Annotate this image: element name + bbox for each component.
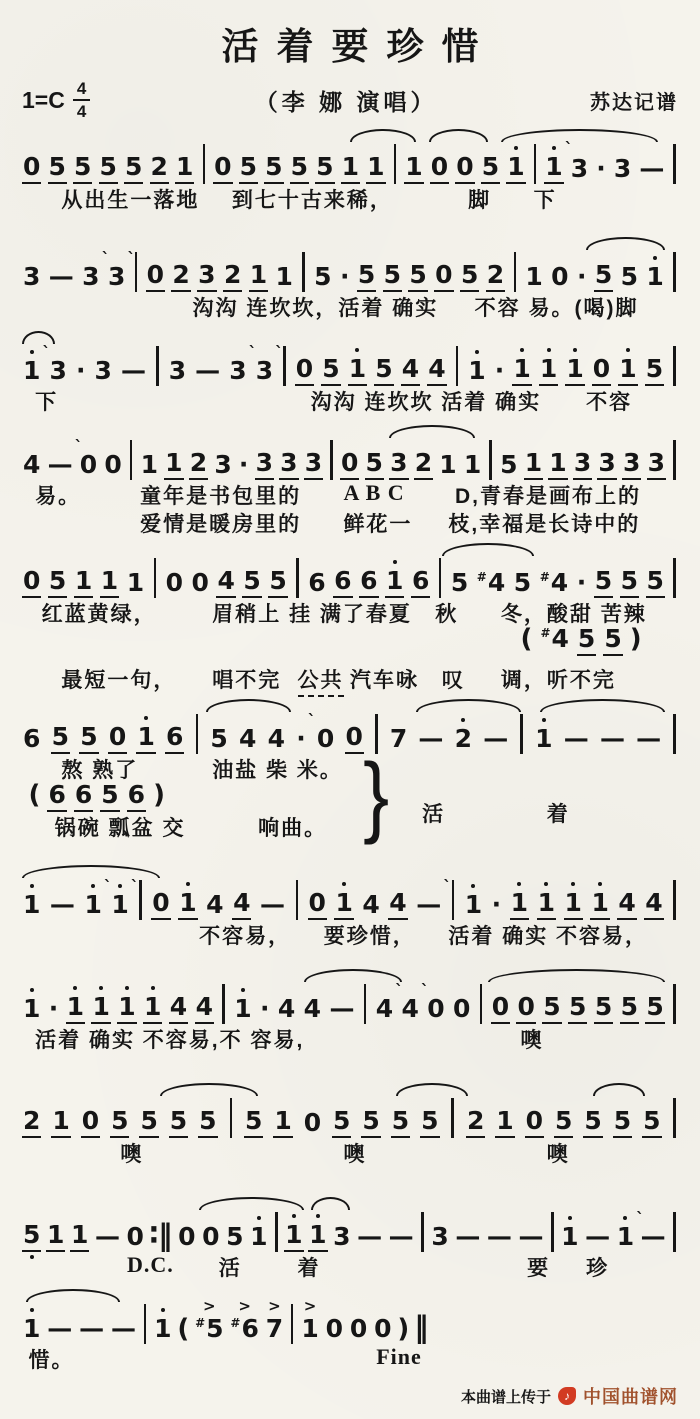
note-token: 4ˋ	[375, 996, 394, 1024]
note-token: 5	[620, 264, 639, 292]
lyric-segment: A B C	[343, 480, 404, 506]
note-token: 5	[645, 356, 664, 386]
lyric-segment: 公共	[298, 664, 344, 697]
breath-tick: ˋ	[308, 713, 316, 729]
note-token: —	[94, 1224, 121, 1252]
note-token: 5	[313, 264, 332, 292]
lyric-segment: 爱情是暖房里的	[140, 508, 301, 538]
barline	[480, 984, 483, 1024]
note-token: 0	[373, 1316, 392, 1344]
barline	[154, 558, 157, 598]
note-token: ·	[48, 996, 60, 1024]
barline	[330, 440, 333, 480]
note-token: 1	[510, 890, 529, 920]
note-token: 1ˋ	[616, 1224, 635, 1252]
note-token: 4	[238, 726, 257, 754]
note-token: 1	[175, 154, 194, 184]
note-token: 4	[267, 726, 286, 754]
slur-arc	[488, 969, 665, 982]
note-token: 1	[534, 726, 553, 754]
note-token: 3	[94, 358, 113, 386]
lyric-line: 易。童年是书包里的A B CD,青春是画布上的	[22, 480, 678, 508]
note-token: 0	[345, 724, 364, 754]
note-token: —	[517, 1224, 544, 1252]
note-token: 4	[617, 890, 636, 920]
music-system: 655016544·ˋ007—2—1———熬 熟了油盐 柴 米。(6656)锅碗…	[22, 698, 678, 840]
note-token: 6	[74, 782, 93, 812]
slur-arc	[416, 699, 521, 712]
note-token: 0	[81, 1108, 100, 1138]
slur-arc	[540, 699, 665, 712]
barline	[296, 558, 299, 598]
lyric-segment: 熬 熟了	[61, 754, 138, 784]
barline	[203, 144, 206, 184]
note-token: —	[110, 1316, 137, 1344]
note-token: 5	[169, 1108, 188, 1138]
note-token: 0	[452, 996, 471, 1024]
note-token: 1	[22, 996, 41, 1024]
note-token: —	[635, 726, 662, 754]
lyric-line: 熬 熟了油盐 柴 米。	[22, 754, 678, 782]
barline	[673, 984, 676, 1024]
note-token: 3	[570, 156, 589, 184]
slur-arc	[442, 543, 534, 556]
music-system: 511—0∶‖0051113——3———1—1ˋ—D.C.活着要珍	[22, 1196, 678, 1280]
note-token: 1	[404, 154, 423, 184]
note-token: 5	[124, 154, 143, 184]
music-line: 655016544·ˋ007—2—1———	[22, 698, 678, 754]
note-token: 6	[359, 568, 378, 598]
note-token: ·	[494, 358, 506, 386]
note-token: 3	[332, 1224, 351, 1252]
barline	[156, 346, 159, 386]
note-token: 3ˋ	[81, 264, 100, 292]
music-line: 210555551055552105555	[22, 1082, 678, 1138]
slur-arc	[206, 699, 291, 712]
barline	[230, 1098, 233, 1138]
sharp-sign: #	[540, 626, 550, 640]
music-system: 1·1111441·44—4ˋ4ˋ000055555活着 确实 不容易,不 容易…	[22, 968, 678, 1052]
note-token: 4	[388, 890, 407, 920]
note-token: —	[46, 1316, 73, 1344]
note-token: 1	[385, 568, 404, 598]
note-token: 6	[307, 570, 326, 598]
lyric-segment: 下	[35, 386, 58, 416]
note-token: 5	[499, 452, 518, 480]
note-token: 0	[592, 356, 611, 386]
note-token: 0	[308, 890, 327, 920]
lyric-segment: 不容易，	[199, 920, 291, 950]
barline	[514, 252, 517, 292]
note-token: #4	[476, 570, 506, 598]
music-system: 1—1ˋ1ˋ0144—0144—ˋ1·111144不容易，要珍惜，活着 确实 不…	[22, 864, 678, 948]
note-token: 1	[590, 890, 609, 920]
song-title: 活着要珍惜	[22, 16, 678, 70]
note-token: 3	[279, 450, 298, 480]
note-token: 1	[467, 358, 486, 386]
note-token: 5	[577, 626, 596, 656]
note-token: 5	[244, 1108, 263, 1138]
note-token: 0	[165, 570, 184, 598]
note-token: 3ˋ	[107, 264, 126, 292]
sharp-sign: #	[195, 1316, 205, 1330]
note-token: 0	[426, 996, 445, 1024]
barline	[296, 880, 299, 920]
note-token: 0	[316, 726, 335, 754]
note-token: 5	[290, 154, 309, 184]
barline	[196, 714, 199, 754]
parenthesis: (	[521, 626, 533, 656]
note-token: 5	[22, 1222, 41, 1252]
note-token: 4	[644, 890, 663, 920]
note-token: 5	[594, 994, 613, 1024]
note-token: 1	[565, 356, 584, 386]
barline	[673, 558, 676, 598]
note-token: 3	[197, 262, 216, 292]
note-token: 0	[22, 568, 41, 598]
note-token: 5	[481, 154, 500, 184]
note-token: 2	[454, 726, 473, 754]
time-signature-denominator: 4	[77, 101, 86, 120]
note-token: 5	[374, 356, 393, 386]
note-token: 0	[434, 262, 453, 292]
note-token: 1	[308, 1222, 327, 1252]
note-token: 3	[573, 450, 592, 480]
note-token: 3	[613, 156, 632, 184]
barline	[275, 1212, 278, 1252]
parenthesis: )	[630, 626, 642, 656]
lyric-segment: 鲜花一	[343, 508, 412, 538]
note-token: 5	[554, 1108, 573, 1138]
lyric-line: 沟沟 连坎坎，活着 确实不容 易。(喝)脚	[22, 292, 678, 320]
note-token: 3	[597, 450, 616, 480]
note-token: 5	[450, 570, 469, 598]
note-token: 1	[126, 570, 145, 598]
note-token: 7	[389, 726, 408, 754]
barline	[130, 440, 133, 480]
barline	[222, 984, 225, 1024]
note-token: 5	[603, 626, 622, 656]
music-system: 最短一句，唱不完公共汽车咏叹调，听不完	[22, 664, 678, 692]
note-token: 3	[213, 452, 232, 480]
key-label: 1=C	[22, 87, 65, 114]
note-token: 1	[51, 1108, 70, 1138]
note-token: 3	[647, 450, 666, 480]
note-token: 4	[232, 890, 251, 920]
note-token: ·	[576, 264, 588, 292]
lyric-line: 下沟沟 连坎坎 活着 确实不容	[22, 386, 678, 414]
music-line: 1ˋ3·3—3—3ˋ3ˋ0515441·111015	[22, 330, 678, 386]
note-token: 1	[117, 994, 136, 1024]
note-token: 0	[22, 154, 41, 184]
footer: 本曲谱上传于 ♪ 中国曲谱网	[22, 1383, 678, 1409]
note-token: 0	[201, 1224, 220, 1252]
note-token: 5	[391, 1108, 410, 1138]
note-token: —	[48, 264, 75, 292]
note-token: 1	[91, 994, 110, 1024]
note-token: 1	[143, 994, 162, 1024]
note-token: 6	[22, 726, 41, 754]
note-token: —	[328, 996, 355, 1024]
lyric-segment: 惜。	[29, 1344, 75, 1374]
note-token: 5	[594, 262, 613, 292]
note-token: 6	[127, 782, 146, 812]
note-token: ·	[339, 264, 351, 292]
key-signature: 1=C 4 4	[22, 80, 90, 120]
slur-arc	[311, 1197, 350, 1210]
overlay-text: }	[363, 750, 389, 840]
barline	[302, 252, 305, 292]
note-token: 0	[303, 1110, 322, 1138]
note-token: 0	[108, 724, 127, 754]
note-token: 3	[622, 450, 641, 480]
note-token: ·	[75, 358, 87, 386]
note-token: 5	[365, 450, 384, 480]
lyric-segment: 红蓝黄绿，	[42, 598, 157, 628]
lyric-segment: 噢	[547, 1138, 570, 1168]
music-line: 05555210555511100511ˋ3·3—	[22, 128, 678, 184]
note-token: 0	[430, 154, 449, 184]
parenthesis: (	[29, 782, 41, 812]
lyric-segment: 最短一句，	[61, 664, 176, 694]
barline	[394, 144, 397, 184]
barline	[673, 252, 676, 292]
note-token: 4	[361, 892, 380, 920]
note-token: 1	[366, 154, 385, 184]
music-line: 1—1ˋ1ˋ0144—0144—ˋ1·111144	[22, 864, 678, 920]
note-token: —	[599, 726, 626, 754]
note-token: 4	[22, 452, 41, 480]
note-token: #4	[539, 626, 569, 656]
note-token: —	[584, 1224, 611, 1252]
note-token: —	[78, 1316, 105, 1344]
note-token: 0	[516, 994, 535, 1024]
note-token: 5	[99, 154, 118, 184]
note-token: 5	[264, 154, 283, 184]
lyric-segment: 活着 确实 不容易，	[448, 920, 648, 950]
slur-arc	[593, 1083, 645, 1096]
music-system: 1ˋ3·3—3—3ˋ3ˋ0515441·111015下沟沟 连坎坎 活着 确实不…	[22, 330, 678, 414]
note-token: #5	[194, 1316, 224, 1344]
note-token: 5	[332, 1108, 351, 1138]
note-token: 4	[427, 356, 446, 386]
barline	[673, 144, 676, 184]
note-token: 0	[525, 1108, 544, 1138]
note-token: 0	[325, 1316, 344, 1344]
barline	[520, 714, 523, 754]
lyric-segment: 活着 确实 不容易,不 容易,	[35, 1024, 304, 1054]
note-token: 0	[79, 452, 98, 480]
performer-credit: （李 娜 演唱）	[255, 84, 438, 117]
note-token: 1ˋ	[22, 358, 41, 386]
note-token: 2	[466, 1108, 485, 1138]
lyric-line: 锅碗 瓢盆 交响曲。	[22, 812, 678, 840]
alternate-notes: (6656)	[29, 782, 165, 812]
lyric-segment: 油盐 柴 米。	[212, 754, 343, 784]
note-token: 3	[389, 450, 408, 480]
note-token: 3	[48, 358, 67, 386]
note-token: 3	[304, 450, 323, 480]
note-token: 1	[300, 1316, 319, 1344]
slur-arc	[199, 1197, 304, 1210]
sheet-music-page: 活着要珍惜 1=C 4 4 （李 娜 演唱） 苏达记谱 055552105555…	[0, 0, 700, 1419]
transcriber-credit: 苏达记谱	[590, 86, 678, 115]
barline	[452, 880, 455, 920]
lyric-segment: 珍	[586, 1252, 609, 1282]
note-token: —	[49, 892, 76, 920]
slur-arc	[350, 129, 416, 142]
note-token: 3ˋ	[255, 358, 274, 386]
note-token: 5	[420, 1108, 439, 1138]
note-token: —	[120, 358, 147, 386]
note-token: 1ˋ	[110, 892, 129, 920]
note-token: 5	[73, 154, 92, 184]
lyric-segment: 秋	[435, 598, 458, 628]
note-token: 1	[100, 568, 119, 598]
inline-music-row: (6656)	[22, 782, 678, 812]
note-token: 5	[620, 994, 639, 1024]
parenthesis: (	[177, 1316, 189, 1344]
music-system: 1———1(#5#671000)‖惜。Fine	[22, 1288, 678, 1372]
note-token: 6	[411, 568, 430, 598]
overlay-text: 活	[422, 798, 443, 828]
note-token: 5	[239, 154, 258, 184]
note-token: 1	[70, 1222, 89, 1252]
note-token: —	[388, 1224, 415, 1252]
note-token: 1	[560, 1224, 579, 1252]
music-line: 0511100455666165#45#4·555	[22, 542, 678, 598]
lyric-segment: D,青春是画布上的	[455, 480, 641, 510]
sharp-sign: #	[230, 1316, 240, 1330]
lyric-segment: 到七十古来稀，	[232, 184, 393, 214]
note-token: 1	[140, 452, 159, 480]
note-token: 5	[583, 1108, 602, 1138]
breath-tick: ˋ	[127, 251, 135, 267]
note-token: 5	[620, 568, 639, 598]
note-token: 1	[22, 1316, 41, 1344]
lyric-segment: 脚	[468, 184, 491, 214]
note-token: 7	[265, 1316, 284, 1344]
note-token: 1	[153, 1316, 172, 1344]
note-token: 1	[22, 892, 41, 920]
lyric-segment: 调，听不完	[501, 664, 616, 694]
note-token: ·	[491, 892, 503, 920]
note-token: 5	[542, 994, 561, 1024]
note-token: 5	[361, 1108, 380, 1138]
note-token: 1	[136, 724, 155, 754]
note-token: 1	[564, 890, 583, 920]
slur-arc	[586, 237, 665, 250]
barline	[673, 714, 676, 754]
note-token: 4	[277, 996, 296, 1024]
note-token: 3	[255, 450, 274, 480]
note-token: 1ˋ	[83, 892, 102, 920]
note-token: 5	[613, 1108, 632, 1138]
note-token: 1	[249, 1224, 268, 1252]
note-token: 1	[495, 1108, 514, 1138]
note-token: 5	[242, 568, 261, 598]
note-token: 3ˋ	[228, 358, 247, 386]
barline	[534, 144, 537, 184]
note-token: 1	[46, 1222, 65, 1252]
note-token: 0	[340, 450, 359, 480]
note-token: —	[486, 1224, 513, 1252]
note-token: 1	[275, 264, 294, 292]
repeat-barline: ∶‖	[150, 1221, 173, 1252]
alternate-notes: (#455)	[521, 626, 642, 656]
note-token: 5	[315, 154, 334, 184]
note-token: 4ˋ	[400, 996, 419, 1024]
note-token: 5	[48, 154, 67, 184]
lyric-segment: 着	[298, 1252, 321, 1282]
note-token: 5	[357, 262, 376, 292]
slur-arc	[389, 425, 474, 438]
barline	[489, 440, 492, 480]
lyric-segment: 锅碗 瓢盆 交	[55, 812, 186, 842]
inline-music-row: (#455)	[22, 626, 678, 656]
note-token: 1	[524, 450, 543, 480]
note-token: 2	[223, 262, 242, 292]
slur-arc	[501, 129, 658, 142]
lyric-segment: 唱不完	[212, 664, 281, 694]
note-token: 5	[198, 1108, 217, 1138]
barline	[673, 440, 676, 480]
lyric-segment: Fine	[376, 1344, 422, 1370]
note-token: 1ˋ	[544, 154, 563, 184]
note-token: #4	[539, 570, 569, 598]
lyric-line: D.C.活着要珍	[22, 1252, 678, 1280]
music-line: 3—3ˋ3ˋ0232115·55505210·551	[22, 236, 678, 292]
breath-tick: ˋ	[275, 345, 283, 361]
note-token: 1	[463, 452, 482, 480]
lyric-line: 活着 确实 不容易,不 容易,噢	[22, 1024, 678, 1052]
note-token: 4	[216, 568, 235, 598]
note-token: 0	[295, 356, 314, 386]
barline	[673, 1098, 676, 1138]
note-token: 5	[460, 262, 479, 292]
lyric-segment: 沟沟 连坎坎，活着 确实	[193, 292, 439, 322]
note-token: 2	[414, 450, 433, 480]
note-token: 1	[539, 356, 558, 386]
barline	[456, 346, 459, 386]
note-token: 2	[171, 262, 190, 292]
sharp-sign: #	[477, 570, 487, 584]
note-token: 5	[568, 994, 587, 1024]
note-token: 1	[233, 996, 252, 1024]
slur-arc	[304, 969, 402, 982]
note-token: 1	[178, 890, 197, 920]
note-token: 6	[333, 568, 352, 598]
note-token: 0	[550, 264, 569, 292]
note-token: 3	[168, 358, 187, 386]
lyric-segment: 噢	[343, 1138, 366, 1168]
lyric-line: 最短一句，唱不完公共汽车咏叹调，听不完	[22, 664, 678, 692]
note-token: 1	[74, 568, 93, 598]
note-token: 3	[22, 264, 41, 292]
note-token: —	[454, 1224, 481, 1252]
note-token: 1	[66, 994, 85, 1024]
barline	[673, 880, 676, 920]
note-token: —	[482, 726, 509, 754]
overlay-text: 着	[547, 798, 568, 828]
lyric-segment: D.C.	[127, 1252, 174, 1278]
note-token: —	[356, 1224, 383, 1252]
lyric-segment: 活	[219, 1252, 242, 1282]
music-system: 210555551055552105555噢噢噢	[22, 1082, 678, 1166]
music-line: 4—ˋ001123·3330532115113333	[22, 424, 678, 480]
lyric-segment: 要珍惜，	[324, 920, 416, 950]
note-token: 5	[268, 568, 287, 598]
